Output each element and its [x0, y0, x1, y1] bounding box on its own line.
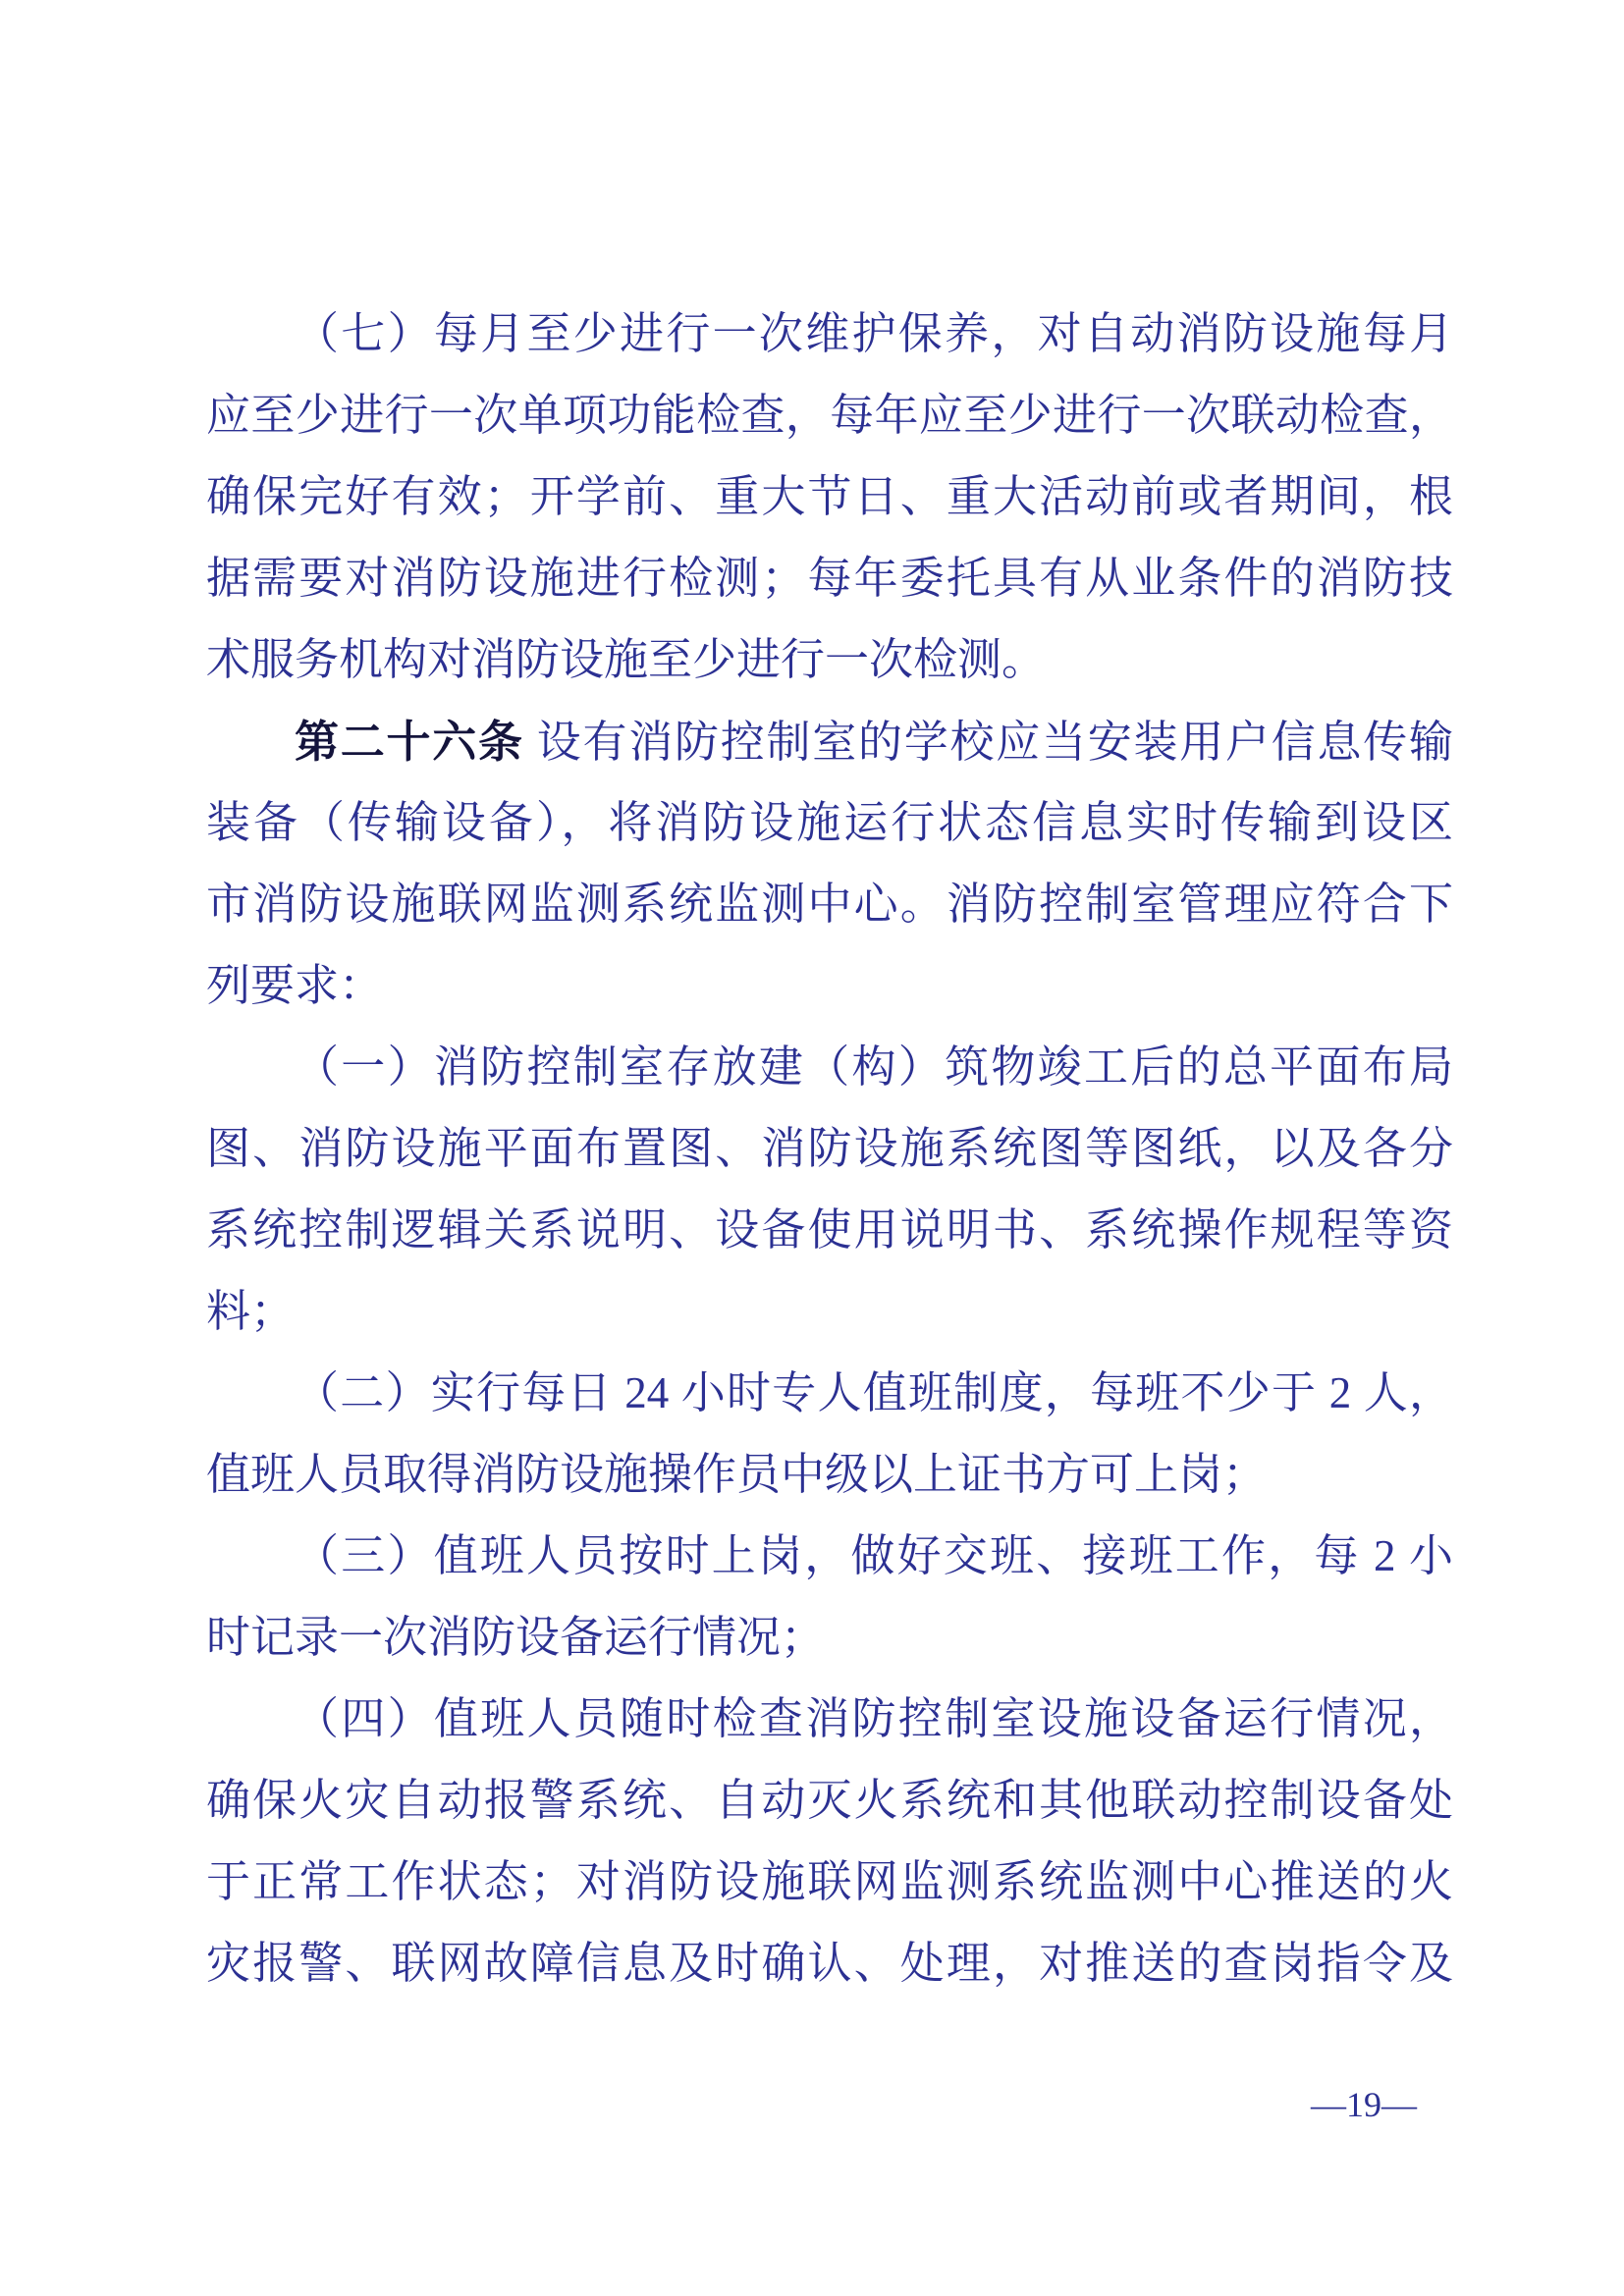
text-line: 图、消防设施平面布置图、消防设施系统图等图纸，以及各分 [206, 1108, 1453, 1190]
text-line: 应至少进行一次单项功能检查，每年应至少进行一次联动检查， [206, 375, 1453, 456]
text-line: （三）值班人员按时上岗，做好交班、接班工作，每 2 小 [206, 1516, 1453, 1597]
page-background: （七）每月至少进行一次维护保养，对自动消防设施每月 应至少进行一次单项功能检查，… [0, 0, 1624, 2296]
text-line: 于正常工作状态；对消防设施联网监测系统监测中心推送的火 [206, 1842, 1453, 1923]
text-line: 系统控制逻辑关系说明、设备使用说明书、系统操作规程等资 [206, 1190, 1453, 1271]
text-line: 确保完好有效；开学前、重大节日、重大活动前或者期间，根 [206, 456, 1453, 538]
text-line: 据需要对消防设施进行检测；每年委托具有从业条件的消防技 [206, 538, 1453, 619]
text-line: 料； [206, 1271, 1453, 1353]
page-number: —19— [1311, 2083, 1417, 2126]
text-line: （二）实行每日 24 小时专人值班制度，每班不少于 2 人， [206, 1353, 1453, 1434]
text-line: 列要求： [206, 945, 1453, 1027]
article-number-bold: 第二十六条 [295, 717, 524, 767]
text-line: 市消防设施联网监测系统监测中心。消防控制室管理应符合下 [206, 864, 1453, 945]
text-line: （四）值班人员随时检查消防控制室设施设备运行情况， [206, 1679, 1453, 1760]
text-line: 灾报警、联网故障信息及时确认、处理，对推送的查岗指令及 [206, 1923, 1453, 2004]
article-heading-rest: 设有消防控制室的学校应当安装用户信息传输 [524, 718, 1453, 767]
document-body: （七）每月至少进行一次维护保养，对自动消防设施每月 应至少进行一次单项功能检查，… [206, 294, 1453, 2004]
text-line-article-heading: 第二十六条 设有消防控制室的学校应当安装用户信息传输 [206, 701, 1453, 782]
text-line: （一）消防控制室存放建（构）筑物竣工后的总平面布局 [206, 1027, 1453, 1108]
text-line: 装备（传输设备），将消防设施运行状态信息实时传输到设区 [206, 782, 1453, 864]
text-line: 时记录一次消防设备运行情况； [206, 1597, 1453, 1679]
text-line: 术服务机构对消防设施至少进行一次检测。 [206, 619, 1453, 701]
text-line: 值班人员取得消防设施操作员中级以上证书方可上岗； [206, 1434, 1453, 1516]
document-page: { "page": { "number_label": "—19—", "col… [0, 0, 1624, 2296]
text-line: 确保火灾自动报警系统、自动灭火系统和其他联动控制设备处 [206, 1760, 1453, 1842]
text-line: （七）每月至少进行一次维护保养，对自动消防设施每月 [206, 294, 1453, 375]
